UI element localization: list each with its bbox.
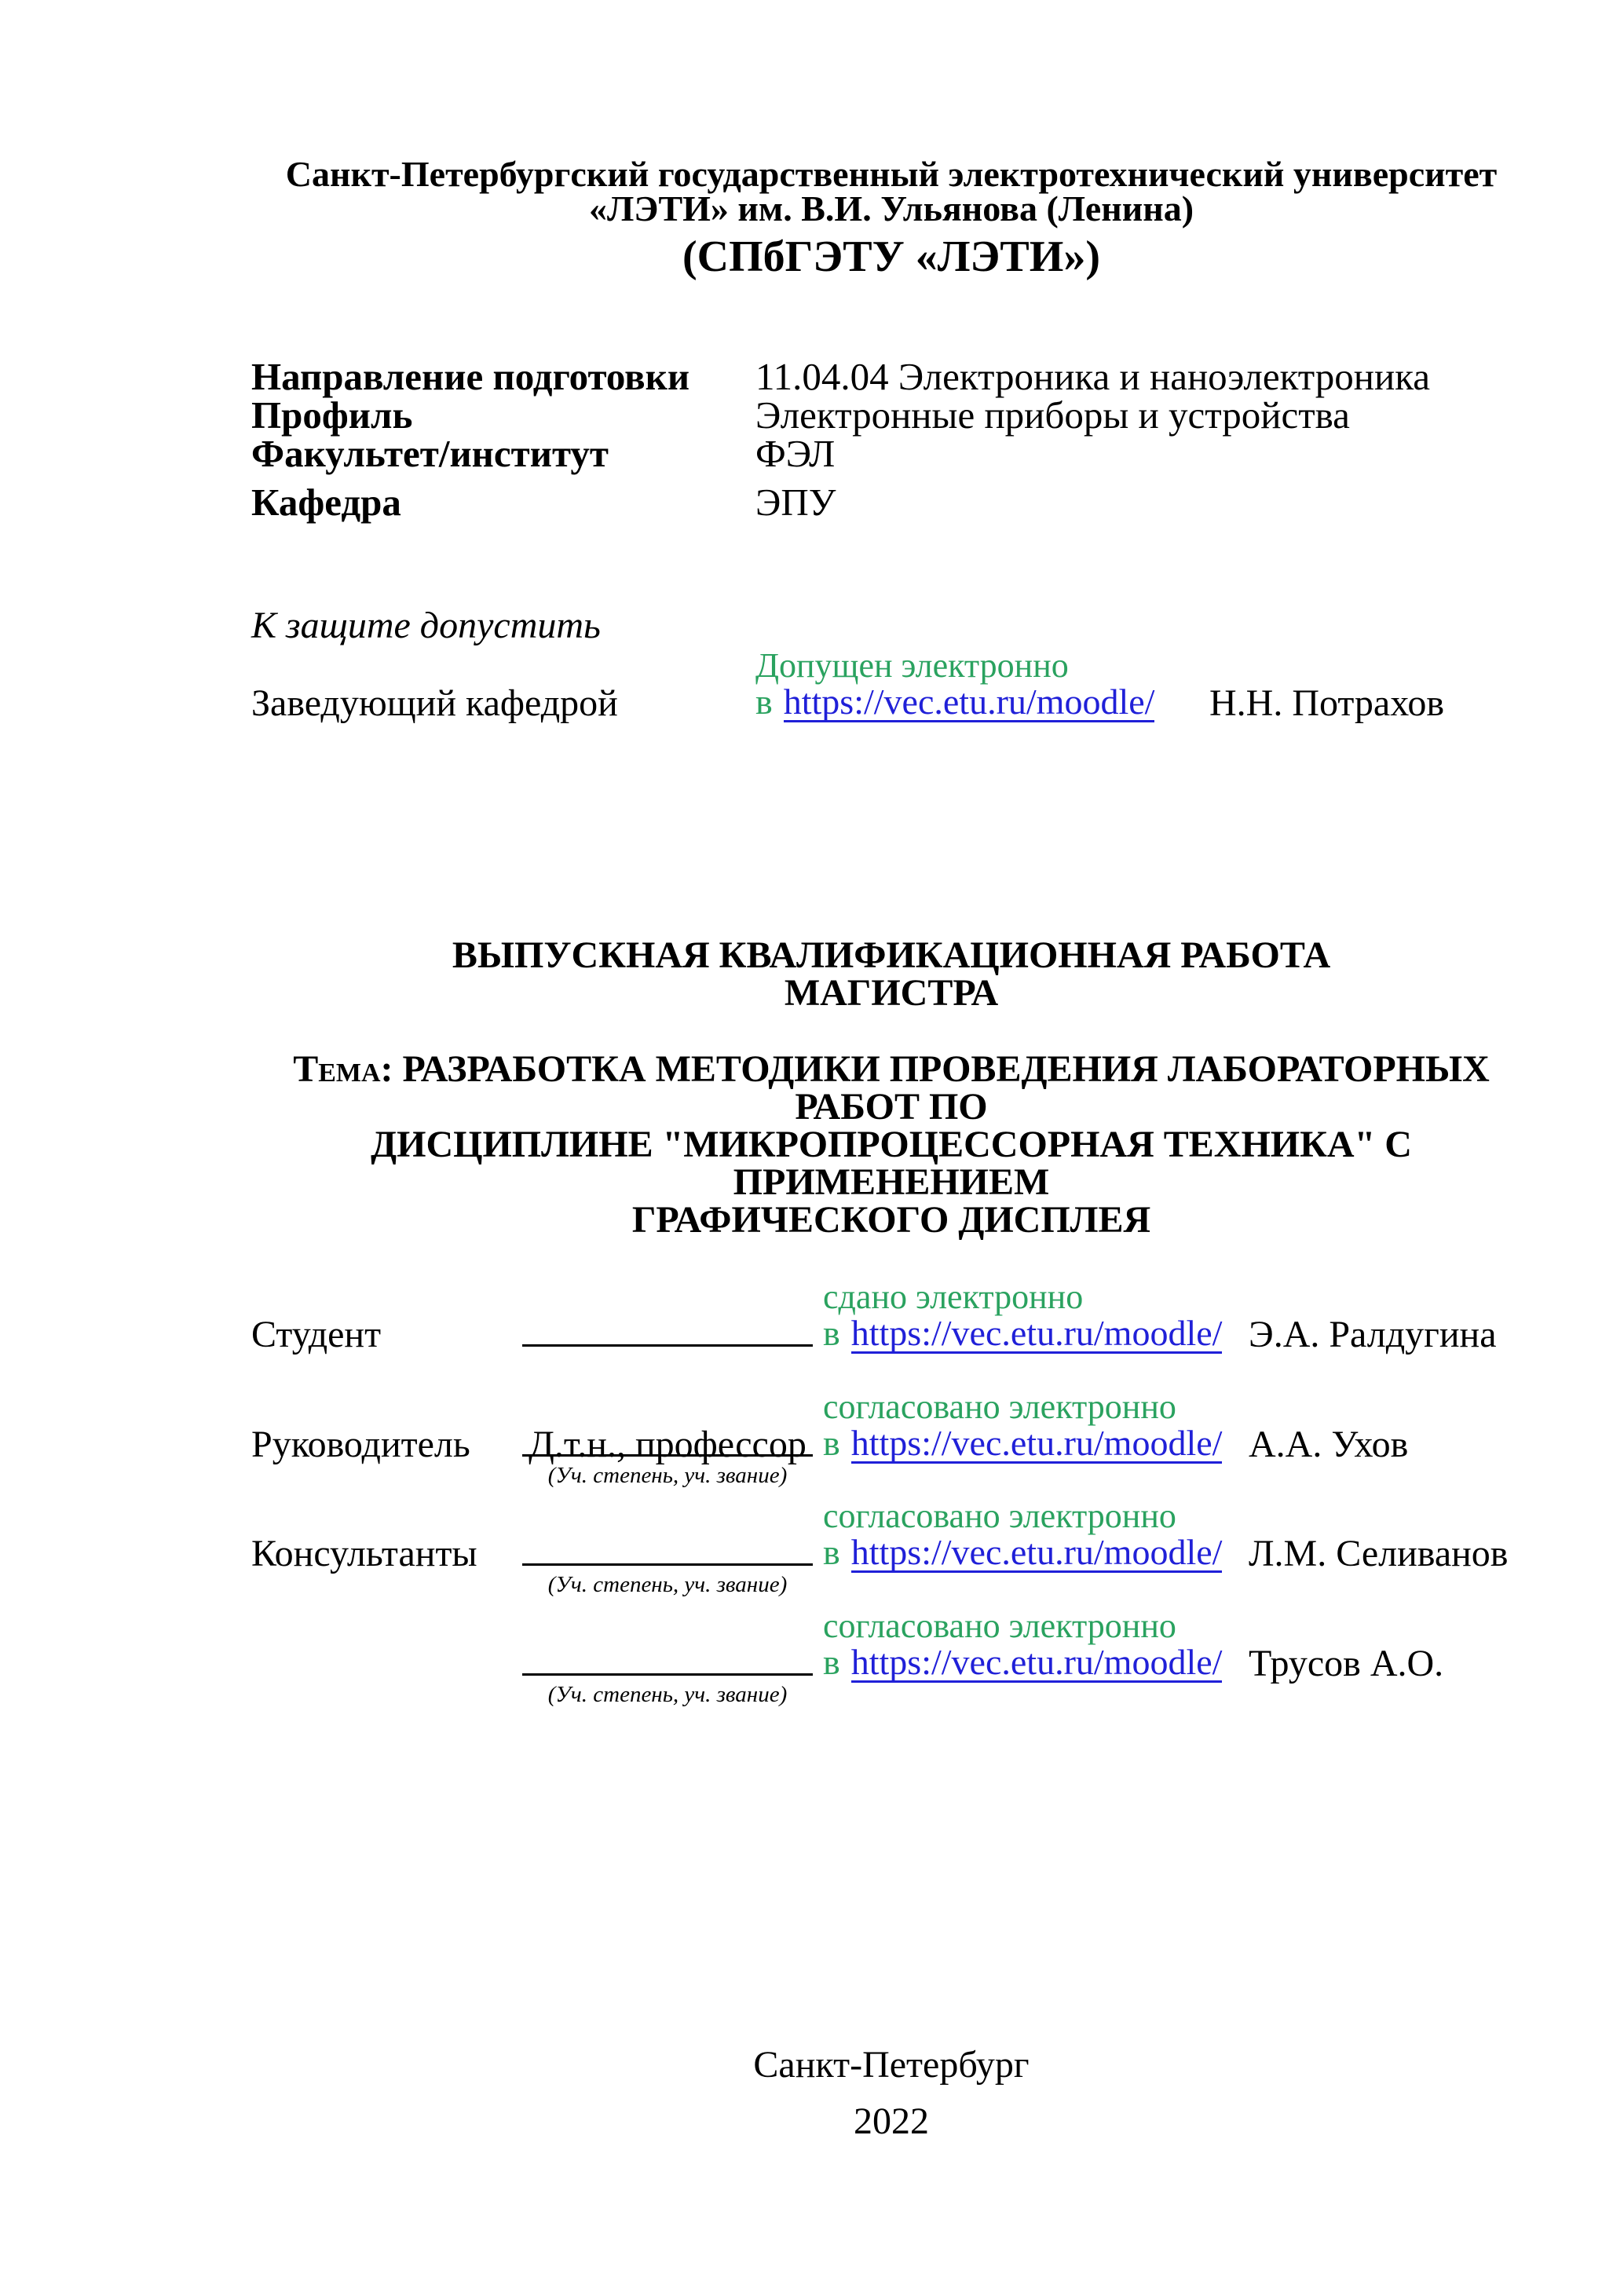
field-label-department: Кафедра bbox=[251, 483, 755, 521]
university-abbreviation: (СПбГЭТУ «ЛЭТИ») bbox=[251, 232, 1531, 281]
field-row-department: Кафедра ЭПУ bbox=[251, 483, 1531, 521]
work-title: ВЫПУСКНАЯ КВАЛИФИКАЦИОННАЯ РАБОТА МАГИСТ… bbox=[0, 937, 1624, 1012]
topic-line-2: ДИСЦИПЛИНЕ "МИКРОПРОЦЕССОРНАЯ ТЕХНИКА" С… bbox=[251, 1126, 1531, 1201]
student-status-text: сдано электронно bbox=[823, 1280, 1249, 1314]
field-row-profile: Профиль Электронные приборы и устройства bbox=[251, 396, 1531, 434]
topic-prefix: Тема: bbox=[293, 1048, 393, 1090]
link-prefix: в bbox=[823, 1423, 840, 1463]
department-head-label: Заведующий кафедрой bbox=[251, 685, 755, 722]
moodle-link[interactable]: https://vec.etu.ru/moodle/ bbox=[851, 1645, 1223, 1683]
university-name-line-2: «ЛЭТИ» им. В.И. Ульянова (Ленина) bbox=[251, 192, 1531, 226]
topic-line-1-text: РАЗРАБОТКА МЕТОДИКИ ПРОВЕДЕНИЯ ЛАБОРАТОР… bbox=[403, 1048, 1490, 1128]
field-value-faculty: ФЭЛ bbox=[755, 434, 1531, 473]
moodle-link[interactable]: https://vec.etu.ru/moodle/ bbox=[784, 685, 1155, 722]
signature-line-caption: (Уч. степень, уч. звание) bbox=[522, 1571, 813, 1598]
thesis-topic: Тема: РАЗРАБОТКА МЕТОДИКИ ПРОВЕДЕНИЯ ЛАБ… bbox=[0, 1051, 1624, 1239]
signature-row-consultant-2: (Уч. степень, уч. звание) согласовано эл… bbox=[0, 1609, 1624, 1683]
field-row-faculty: Факультет/институт ФЭЛ bbox=[251, 434, 1531, 473]
signature-line-caption: (Уч. степень, уч. звание) bbox=[522, 1462, 813, 1489]
field-label-faculty: Факультет/институт bbox=[251, 434, 755, 473]
link-prefix: в bbox=[823, 1532, 840, 1572]
university-header: Санкт-Петербургский государственный элек… bbox=[0, 157, 1624, 281]
supervisor-status-text: согласовано электронно bbox=[823, 1390, 1249, 1424]
moodle-link[interactable]: https://vec.etu.ru/moodle/ bbox=[851, 1535, 1223, 1573]
permit-to-defense-line: К защите допустить bbox=[0, 607, 1624, 645]
department-head-name: Н.Н. Потрахов bbox=[1209, 685, 1531, 722]
student-name: Э.А. Ралдугина bbox=[1249, 1316, 1531, 1354]
work-title-line-1: ВЫПУСКНАЯ КВАЛИФИКАЦИОННАЯ РАБОТА bbox=[251, 937, 1531, 974]
moodle-link[interactable]: https://vec.etu.ru/moodle/ bbox=[851, 1426, 1223, 1464]
signature-line: (Уч. степень, уч. звание) bbox=[522, 1535, 813, 1573]
link-prefix: в bbox=[823, 1642, 840, 1682]
footer-year: 2022 bbox=[0, 2103, 1624, 2141]
field-value-direction: 11.04.04 Электроника и наноэлектроника bbox=[755, 357, 1531, 396]
field-row-direction: Направление подготовки 11.04.04 Электрон… bbox=[251, 357, 1531, 396]
consultant-1-name: Л.М. Селиванов bbox=[1249, 1535, 1531, 1573]
link-prefix: в bbox=[823, 1313, 840, 1353]
student-label: Студент bbox=[251, 1316, 522, 1354]
consultant-status-text: согласовано электронно bbox=[823, 1499, 1249, 1534]
work-title-line-2: МАГИСТРА bbox=[251, 974, 1531, 1012]
link-prefix: в bbox=[755, 682, 773, 722]
consultants-label: Консультанты bbox=[251, 1535, 522, 1573]
signature-row-student: Студент сдано электронно вhttps://vec.et… bbox=[0, 1280, 1624, 1354]
consultant-status-text: согласовано электронно bbox=[823, 1609, 1249, 1643]
admission-status-text: Допущен электронно bbox=[755, 649, 1209, 683]
consultant-link-line: вhttps://vec.etu.ru/moodle/ bbox=[823, 1643, 1249, 1683]
signature-line: (Уч. степень, уч. звание) bbox=[522, 1645, 813, 1683]
signature-line: Д.т.н., профессор (Уч. степень, уч. зван… bbox=[522, 1426, 813, 1464]
signature-line bbox=[522, 1316, 813, 1354]
signature-line-caption: (Уч. степень, уч. звание) bbox=[522, 1681, 813, 1708]
topic-line-3: ГРАФИЧЕСКОГО ДИСПЛЕЯ bbox=[251, 1201, 1531, 1239]
student-link-line: вhttps://vec.etu.ru/moodle/ bbox=[823, 1314, 1249, 1354]
admission-link-line: вhttps://vec.etu.ru/moodle/ bbox=[755, 683, 1209, 722]
signature-row-supervisor: Руководитель Д.т.н., профессор (Уч. степ… bbox=[0, 1390, 1624, 1464]
topic-line-1: Тема: РАЗРАБОТКА МЕТОДИКИ ПРОВЕДЕНИЯ ЛАБ… bbox=[251, 1051, 1531, 1126]
field-value-profile: Электронные приборы и устройства bbox=[755, 396, 1531, 434]
university-name-line-1: Санкт-Петербургский государственный элек… bbox=[251, 157, 1531, 192]
field-label-profile: Профиль bbox=[251, 396, 755, 434]
degree-text: Д.т.н., профессор bbox=[529, 1424, 807, 1465]
footer-city: Санкт-Петербург bbox=[0, 2046, 1624, 2084]
consultant-2-name: Трусов А.О. bbox=[1249, 1645, 1531, 1683]
admission-block: Заведующий кафедрой Допущен электронно в… bbox=[0, 649, 1624, 722]
supervisor-label: Руководитель bbox=[251, 1426, 522, 1464]
signature-row-consultant-1: Консультанты (Уч. степень, уч. звание) с… bbox=[0, 1499, 1624, 1573]
supervisor-link-line: вhttps://vec.etu.ru/moodle/ bbox=[823, 1424, 1249, 1464]
consultant-link-line: вhttps://vec.etu.ru/moodle/ bbox=[823, 1534, 1249, 1573]
field-label-direction: Направление подготовки bbox=[251, 357, 755, 396]
thesis-title-page: Санкт-Петербургский государственный элек… bbox=[0, 0, 1624, 2296]
field-value-department: ЭПУ bbox=[755, 483, 1531, 521]
supervisor-name: А.А. Ухов bbox=[1249, 1426, 1531, 1464]
moodle-link[interactable]: https://vec.etu.ru/moodle/ bbox=[851, 1316, 1223, 1354]
program-fields: Направление подготовки 11.04.04 Электрон… bbox=[0, 357, 1624, 521]
